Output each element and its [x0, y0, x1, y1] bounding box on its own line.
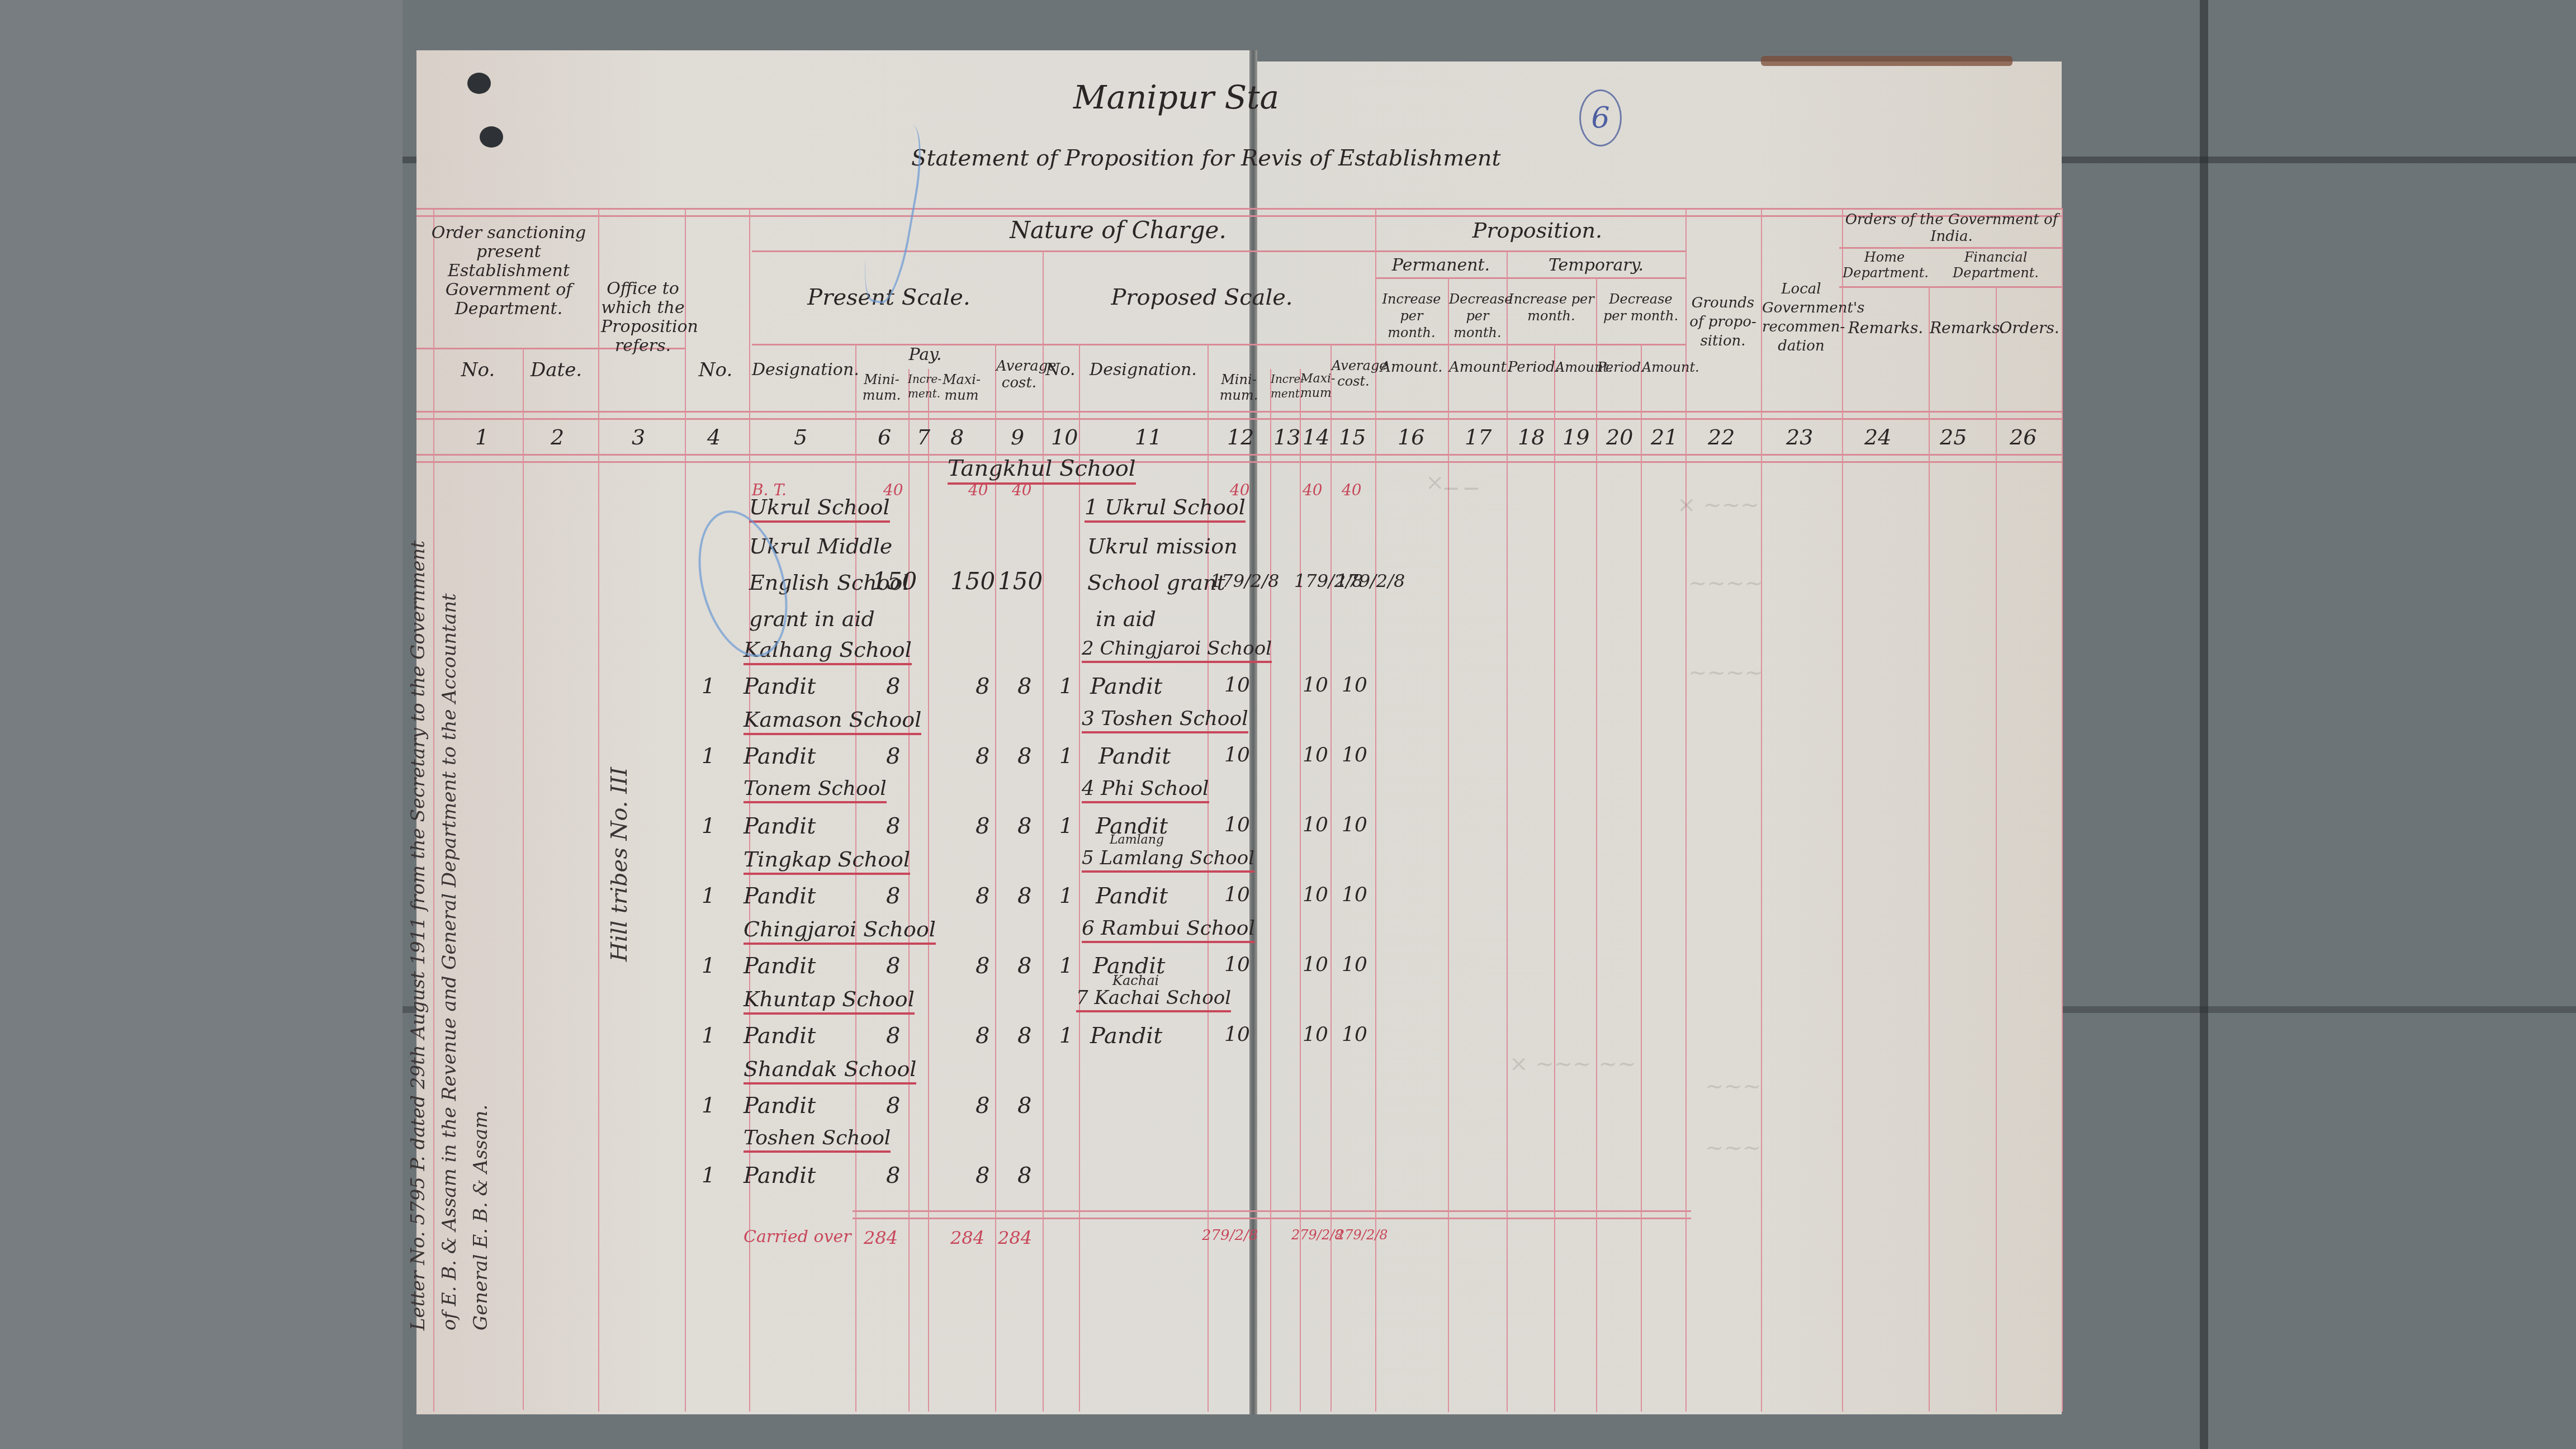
header-order-date: Date.	[525, 361, 587, 380]
present-avg: 8	[1017, 1093, 1031, 1119]
vrule	[1043, 250, 1044, 1412]
proposed-avg: 179/2/8	[1336, 570, 1405, 591]
total-proposed-avg: 279/2/8	[1336, 1227, 1388, 1243]
present-school: Tingkap School	[744, 847, 910, 875]
column-number: 11	[1135, 425, 1162, 449]
proposed-avg: 10	[1342, 674, 1367, 697]
bleed-through-text: × ~~~	[1677, 492, 1759, 518]
column-number: 5	[794, 425, 807, 449]
floor-tile	[0, 0, 402, 1449]
present-min: 8	[886, 883, 900, 909]
header-perm-increase: Increase per month.	[1376, 291, 1447, 341]
proposed-designation: Pandit	[1090, 1023, 1162, 1049]
header-grounds: Grounds of propo-sition.	[1687, 293, 1759, 351]
present-no: 1	[702, 953, 715, 978]
present-designation: Pandit	[744, 883, 816, 909]
column-number: 22	[1708, 425, 1735, 449]
header-designation: Designation.	[752, 361, 853, 380]
document-title: Statement of Proposition for Revis of Es…	[911, 145, 1501, 171]
header-pay: Pay.	[894, 345, 956, 364]
present-school: Khuntap School	[744, 987, 915, 1015]
vrule	[1330, 344, 1332, 1412]
proposed-min: 10	[1224, 953, 1250, 976]
present-designation: Pandit	[744, 1163, 816, 1188]
header-row-no: No.	[688, 361, 744, 380]
vrule	[1596, 277, 1597, 1412]
column-number: 10	[1051, 425, 1078, 449]
page-number: 6	[1579, 89, 1622, 146]
column-number: 26	[2010, 425, 2037, 449]
bleed-through-text: × ~~~ ~~	[1509, 1051, 1636, 1077]
present-school: Ukrul School	[749, 495, 890, 523]
proposed-min: 10	[1224, 744, 1250, 766]
header-home-dept: Home Department.	[1843, 249, 1926, 281]
vrule	[523, 348, 524, 1410]
vrule	[1842, 210, 1843, 1412]
vrule	[995, 344, 996, 1412]
column-number: 9	[1011, 425, 1024, 449]
present-avg: 8	[1017, 813, 1031, 839]
office-reference-note: Hill tribes No. III	[607, 767, 632, 962]
proposed-max: 10	[1303, 813, 1328, 836]
vrule	[2062, 210, 2063, 1412]
proposed-no: 1	[1059, 744, 1073, 768]
bleed-through-text: ~~~~	[1688, 660, 1763, 685]
proposed-rename-note: Lamlang	[1110, 833, 1164, 847]
present-max: 8	[976, 1023, 989, 1049]
header-temp-increase: Increase per month.	[1508, 291, 1595, 324]
header-proposed-minimum: Mini-mum.	[1209, 372, 1269, 403]
proposed-school: 5 Lamlang School	[1082, 847, 1254, 873]
proposed-school: 3 Toshen School	[1082, 707, 1248, 733]
column-number: 15	[1339, 425, 1366, 449]
header-maximum: Maxi-mum	[929, 372, 994, 403]
column-number: 3	[632, 425, 645, 449]
column-number: 14	[1303, 425, 1329, 449]
present-school: Chingjaroi School	[744, 917, 936, 945]
header-amount-17: Amount.	[1449, 358, 1506, 377]
present-top-avg: 40	[1012, 481, 1032, 499]
present-min: 8	[886, 1093, 900, 1119]
proposed-school: 4 Phi School	[1082, 777, 1209, 803]
proposed-avg: 10	[1342, 813, 1367, 836]
proposed-avg: 10	[1342, 744, 1367, 766]
column-number: 19	[1562, 425, 1589, 449]
present-avg: 8	[1017, 883, 1031, 909]
present-top-max: 40	[968, 481, 988, 499]
header-permanent: Permanent.	[1378, 256, 1504, 275]
column-number: 13	[1273, 425, 1300, 449]
header-amount-21: Amount.	[1642, 358, 1685, 377]
order-reference-note: Letter No. 5795 P. dated 29th August 191…	[402, 541, 496, 1330]
header-nature-of-charge: Nature of Charge.	[894, 221, 1342, 240]
present-avg: 8	[1017, 1163, 1031, 1188]
proposed-school: 2 Chingjaroi School	[1082, 637, 1272, 663]
present-designation: Pandit	[744, 813, 816, 839]
vrule	[685, 210, 686, 1412]
header-proposed-maximum: Maxi-mum	[1300, 372, 1330, 401]
present-no: 1	[702, 813, 715, 838]
header-proposed-no: No.	[1043, 361, 1078, 380]
proposed-min: 10	[1224, 1023, 1250, 1046]
column-number: 6	[878, 425, 891, 449]
proposed-no: 1	[1059, 883, 1073, 908]
header-period-20: Period.	[1597, 358, 1641, 377]
present-min: 8	[886, 813, 900, 839]
bleed-through-text: ~~~~	[1688, 570, 1763, 596]
proposed-max: 10	[1303, 1023, 1328, 1046]
present-designation: Pandit	[744, 1093, 816, 1119]
header-order-no: No.	[447, 361, 509, 380]
present-min: 8	[886, 744, 900, 769]
present-school: Tonem School	[744, 777, 887, 803]
column-number: 4	[707, 425, 721, 449]
column-number: 21	[1651, 425, 1678, 449]
column-number: 16	[1398, 425, 1424, 449]
present-avg: 8	[1017, 953, 1031, 979]
order-ref-line: of E. B. & Assam in the Revenue and Gene…	[434, 541, 465, 1330]
header-proposed-scale: Proposed Scale.	[1090, 288, 1314, 307]
present-no: 1	[702, 674, 715, 698]
bleed-through-text: ~~~	[1705, 1073, 1761, 1099]
present-max: 8	[976, 953, 989, 979]
column-number: 24	[1864, 425, 1891, 449]
rule-pay	[752, 344, 1685, 345]
header-proposed-designation: Designation.	[1082, 361, 1205, 380]
header-amount-16: Amount.	[1376, 358, 1447, 377]
present-max: 8	[976, 813, 989, 839]
present-max: 150	[950, 567, 995, 595]
present-designation: Pandit	[744, 674, 816, 699]
proposed-top-max: 40	[1303, 481, 1323, 499]
proposed-min: 10	[1224, 674, 1250, 697]
present-avg: 150	[998, 567, 1043, 595]
proposed-school: 6 Rambui School	[1082, 917, 1255, 943]
present-max: 8	[976, 744, 989, 769]
total-present-min: 284	[864, 1227, 898, 1248]
proposed-max: 10	[1303, 883, 1328, 906]
header-proposition: Proposition.	[1426, 221, 1649, 240]
header-remarks-fin: Remarks.	[1930, 319, 1996, 338]
header-financial-dept: Financial Department.	[1930, 249, 2062, 281]
header-orders-goi: Orders of the Government of India.	[1843, 211, 2061, 245]
present-max: 8	[976, 674, 989, 699]
vrule	[1300, 369, 1301, 1412]
present-min: 8	[886, 1163, 900, 1188]
header-minimum: Mini-mum.	[856, 372, 907, 403]
present-no: 1	[702, 883, 715, 908]
present-no: 1	[702, 1163, 715, 1187]
vrule	[1448, 277, 1449, 1412]
column-number: 25	[1940, 425, 1967, 449]
vrule	[908, 369, 910, 1412]
present-school: Shandak School	[744, 1057, 916, 1085]
proposed-rename-note: Kachai	[1112, 973, 1159, 988]
proposed-avg: 10	[1342, 953, 1367, 976]
present-school: Toshen School	[744, 1126, 891, 1153]
total-proposed-min: 279/2/8	[1202, 1227, 1258, 1244]
proposed-designation: Pandit	[1098, 744, 1171, 769]
rule-dept	[1839, 286, 2063, 288]
total-proposed-max: 279/2/8	[1291, 1227, 1343, 1243]
proposed-min: 10	[1224, 813, 1250, 836]
vrule	[1554, 344, 1555, 1412]
present-designation: Pandit	[744, 1023, 816, 1049]
header-increment: Incre-ment.	[908, 372, 930, 401]
present-max: 8	[976, 1093, 989, 1119]
proposed-max: 10	[1303, 744, 1328, 766]
total-present-max: 284	[950, 1227, 984, 1248]
present-max: 8	[976, 883, 989, 909]
vrule	[598, 210, 599, 1412]
proposed-school: 7 Kachai School	[1076, 987, 1231, 1012]
proposed-top-avg: 40	[1342, 481, 1362, 499]
bleed-through-text: ×ــ ــ	[1426, 470, 1478, 495]
proposed-school-line: in aid	[1096, 607, 1156, 631]
proposed-school-line: Ukrul mission	[1087, 534, 1238, 558]
present-no: 1	[702, 744, 715, 768]
vrule	[1079, 344, 1080, 1412]
present-min: 8	[886, 674, 900, 699]
bleed-through-text: ~~~	[1705, 1135, 1761, 1161]
proposed-school: 1 Ukrul School	[1085, 495, 1246, 523]
total-present-avg: 284	[998, 1227, 1032, 1248]
vrule	[1761, 210, 1762, 1412]
header-office: Office to which the Proposition refers.	[601, 280, 685, 356]
proposed-max: 10	[1303, 674, 1328, 697]
state-heading: Manipur Sta	[1073, 78, 1279, 116]
punch-hole	[467, 73, 491, 94]
header-perm-decrease: Decrease per month.	[1449, 291, 1506, 341]
rule-goi	[1839, 247, 2063, 249]
header-proposed-increment: Incre-ment.	[1271, 372, 1300, 401]
column-number: 17	[1465, 425, 1491, 449]
torn-edge	[1761, 56, 2012, 66]
vrule	[1641, 344, 1642, 1412]
proposed-no: 1	[1059, 813, 1073, 838]
header-orders-fin: Orders.	[1997, 319, 2062, 338]
proposed-no: 1	[1059, 1023, 1073, 1048]
carried-over-label: Carried over	[744, 1227, 851, 1247]
page-fold	[1249, 50, 1257, 1414]
present-max: 8	[976, 1163, 989, 1188]
header-average-cost: Average cost.	[996, 358, 1042, 391]
column-number: 18	[1518, 425, 1545, 449]
proposed-no: 1	[1059, 953, 1073, 978]
header-temp-decrease: Decrease per month.	[1597, 291, 1684, 324]
present-min: 8	[886, 953, 900, 979]
rule-numbers-bottom	[416, 454, 2063, 463]
present-no: 1	[702, 1023, 715, 1048]
column-number: 23	[1786, 425, 1813, 449]
proposed-school-line: School grant	[1087, 570, 1225, 595]
rule-top	[416, 208, 2063, 217]
rule-perm-temp	[1375, 277, 1685, 279]
vrule	[1996, 286, 1997, 1412]
proposed-designation: Pandit	[1096, 883, 1168, 909]
present-min: 8	[886, 1023, 900, 1049]
order-ref-line: Letter No. 5795 P. dated 29th August 191…	[402, 541, 434, 1330]
present-avg: 8	[1017, 744, 1031, 769]
column-number: 2	[551, 425, 564, 449]
header-order: Order sanctioning present Establishment …	[425, 224, 593, 319]
present-min: 150	[872, 567, 917, 595]
header-period-18: Period.	[1508, 358, 1554, 377]
rule-header-bottom	[416, 411, 2063, 420]
order-ref-line: General E. B. & Assam.	[465, 541, 496, 1330]
proposed-avg: 10	[1342, 1023, 1367, 1046]
present-avg: 8	[1017, 1023, 1031, 1049]
column-number: 7	[917, 425, 930, 449]
header-remarks-home: Remarks.	[1843, 319, 1929, 338]
punch-hole	[480, 126, 503, 148]
header-proposed-average: Average cost.	[1332, 358, 1375, 389]
present-school: Kamason School	[744, 707, 921, 735]
proposed-min: 10	[1224, 883, 1250, 906]
column-number: 1	[475, 425, 489, 449]
vrule	[1929, 286, 1930, 1412]
proposed-avg: 10	[1342, 883, 1367, 906]
proposed-designation: Pandit	[1090, 674, 1162, 699]
present-designation: Pandit	[744, 953, 816, 979]
rule-total	[853, 1210, 1691, 1219]
column-number: 20	[1606, 425, 1633, 449]
proposed-max: 10	[1303, 953, 1328, 976]
header-local-govt: Local Government's recommen-dation	[1762, 280, 1840, 356]
vrule	[1685, 210, 1687, 1412]
present-no: 1	[702, 1093, 715, 1117]
present-designation: Pandit	[744, 744, 816, 769]
header-temporary: Temporary.	[1509, 256, 1683, 275]
column-number: 8	[950, 425, 964, 449]
proposed-no: 1	[1059, 674, 1073, 698]
header-amount-19: Amount.	[1555, 358, 1595, 377]
vrule	[1270, 369, 1271, 1412]
vrule	[1507, 250, 1508, 1412]
proposed-min: 179/2/8	[1210, 570, 1279, 591]
vrule	[928, 369, 929, 1412]
column-number: 12	[1227, 425, 1254, 449]
present-avg: 8	[1017, 674, 1031, 699]
